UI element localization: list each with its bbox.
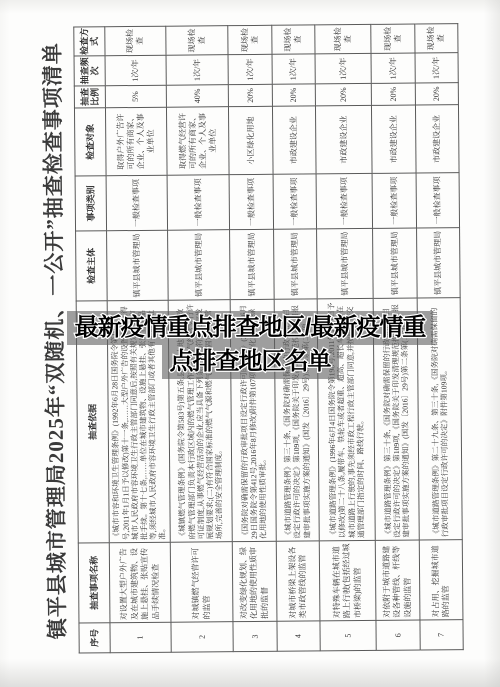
cell-method: 现场检查	[371, 24, 415, 53]
cell-frequency: 1次/年	[228, 54, 272, 84]
col-header-item-name: 抽查事项名称	[78, 543, 110, 623]
overlay-title-line2: 点排查地区名单	[162, 345, 339, 379]
cell-item-name: 对城市桥梁上架设各类市政管线的监管	[276, 541, 320, 621]
cell-ratio: 20%	[371, 83, 415, 105]
cell-subject: 镇平县城市管理局	[373, 228, 418, 298]
cell-ratio: 5%	[105, 85, 166, 108]
col-header-method: 检查方式	[74, 27, 105, 56]
cell-subject: 镇平县城市管理局	[274, 229, 318, 299]
cell-item-name: 对特殊车辆在城市道路上行驶(包括经过城市桥梁)的监管	[319, 540, 376, 620]
cell-category: 一般检查事项	[167, 175, 229, 231]
cell-no: 7	[420, 620, 463, 650]
cell-target: 取得燃气经营许可的所有商家、企业、个人及事业单位	[166, 107, 229, 176]
cell-no: 6	[376, 620, 420, 650]
cell-item-name: 对改变绿化规划、绿化用地的使用性质审批的监督	[232, 541, 277, 621]
col-header-target: 检查对象	[74, 108, 106, 176]
cell-frequency: 1次/年	[166, 55, 228, 86]
cell-no: 4	[277, 621, 320, 651]
cell-category: 一般检查事项	[316, 173, 372, 228]
cell-category: 一般检查事项	[106, 175, 167, 231]
cell-method: 现场检查	[315, 24, 371, 53]
col-header-category: 事项类别	[75, 176, 106, 231]
cell-ratio: 20%	[315, 83, 371, 105]
cell-ratio: 40%	[166, 85, 228, 108]
cell-subject: 镇平县城市管理局	[417, 228, 461, 298]
col-header-frequency: 抽查频次	[74, 56, 105, 86]
cell-subject: 镇平县城市管理局	[317, 228, 374, 298]
col-header-no: 序号	[79, 623, 110, 653]
cell-no: 5	[320, 620, 376, 650]
cell-subject: 镇平县城市管理局	[230, 229, 275, 299]
cell-frequency: 1次/年	[371, 53, 415, 83]
cell-method: 现场检查	[105, 26, 166, 56]
overlay-title-line1: 最新疫情重点排查地区/最新疫情重	[67, 311, 434, 345]
news-title-overlay: 最新疫情重点排查地区/最新疫情重 点排查地区名单	[0, 311, 500, 379]
col-header-subject: 检查主体	[76, 231, 108, 301]
cell-subject: 镇平县城市管理局	[107, 230, 169, 301]
col-header-ratio: 抽查比例	[74, 86, 105, 108]
cell-target: 取得户外广告许可的所有商家、企业、个人及事业单位	[105, 107, 167, 176]
cell-target: 市政建设企业	[272, 106, 316, 174]
cell-ratio: 20%	[228, 84, 272, 106]
cell-ratio: 20%	[272, 84, 315, 106]
cell-method: 现场检查	[228, 25, 272, 54]
cell-method: 现场检查	[272, 25, 315, 54]
cell-method: 现场检查	[166, 26, 228, 56]
cell-no: 2	[171, 622, 233, 653]
cell-frequency: 1次/年	[272, 54, 315, 84]
cell-item-name: 对占用、挖掘城市道路的监管	[419, 540, 463, 620]
cell-item-name: 对设置大型户外广告及在城市建筑物、设施上悬挂、张贴宣传品手续情况检查	[109, 542, 171, 623]
cell-item-name: 对城镇燃气经营许可的监管	[170, 542, 233, 623]
cell-frequency: 1次/年	[315, 53, 371, 83]
scanned-page: 镇平县城市管理局2025年“双随机、一公开”抽查检查事项清单 序号 抽查事项名称…	[0, 0, 500, 687]
cell-category: 一般检查事项	[229, 174, 273, 229]
cell-method: 现场检查	[415, 24, 458, 53]
cell-subject: 镇平县城市管理局	[168, 230, 231, 301]
cell-category: 一般检查事项	[273, 174, 316, 229]
cell-category: 一般检查事项	[416, 173, 459, 228]
cell-target: 小区绿化用地	[228, 106, 273, 174]
cell-frequency: 1次/年	[415, 53, 458, 83]
cell-target: 市政建设企业	[415, 105, 459, 173]
cell-ratio: 20%	[415, 83, 458, 105]
cell-item-name: 对依附于城市道路建设各种管线、杆线等设施的监管	[375, 540, 420, 620]
cell-no: 3	[233, 621, 277, 651]
cell-category: 一般检查事项	[372, 173, 416, 228]
cell-target: 市政建设企业	[371, 105, 416, 173]
cell-frequency: 1次/年	[105, 55, 166, 86]
cell-target: 市政建设企业	[315, 105, 372, 173]
cell-no: 1	[110, 622, 171, 653]
